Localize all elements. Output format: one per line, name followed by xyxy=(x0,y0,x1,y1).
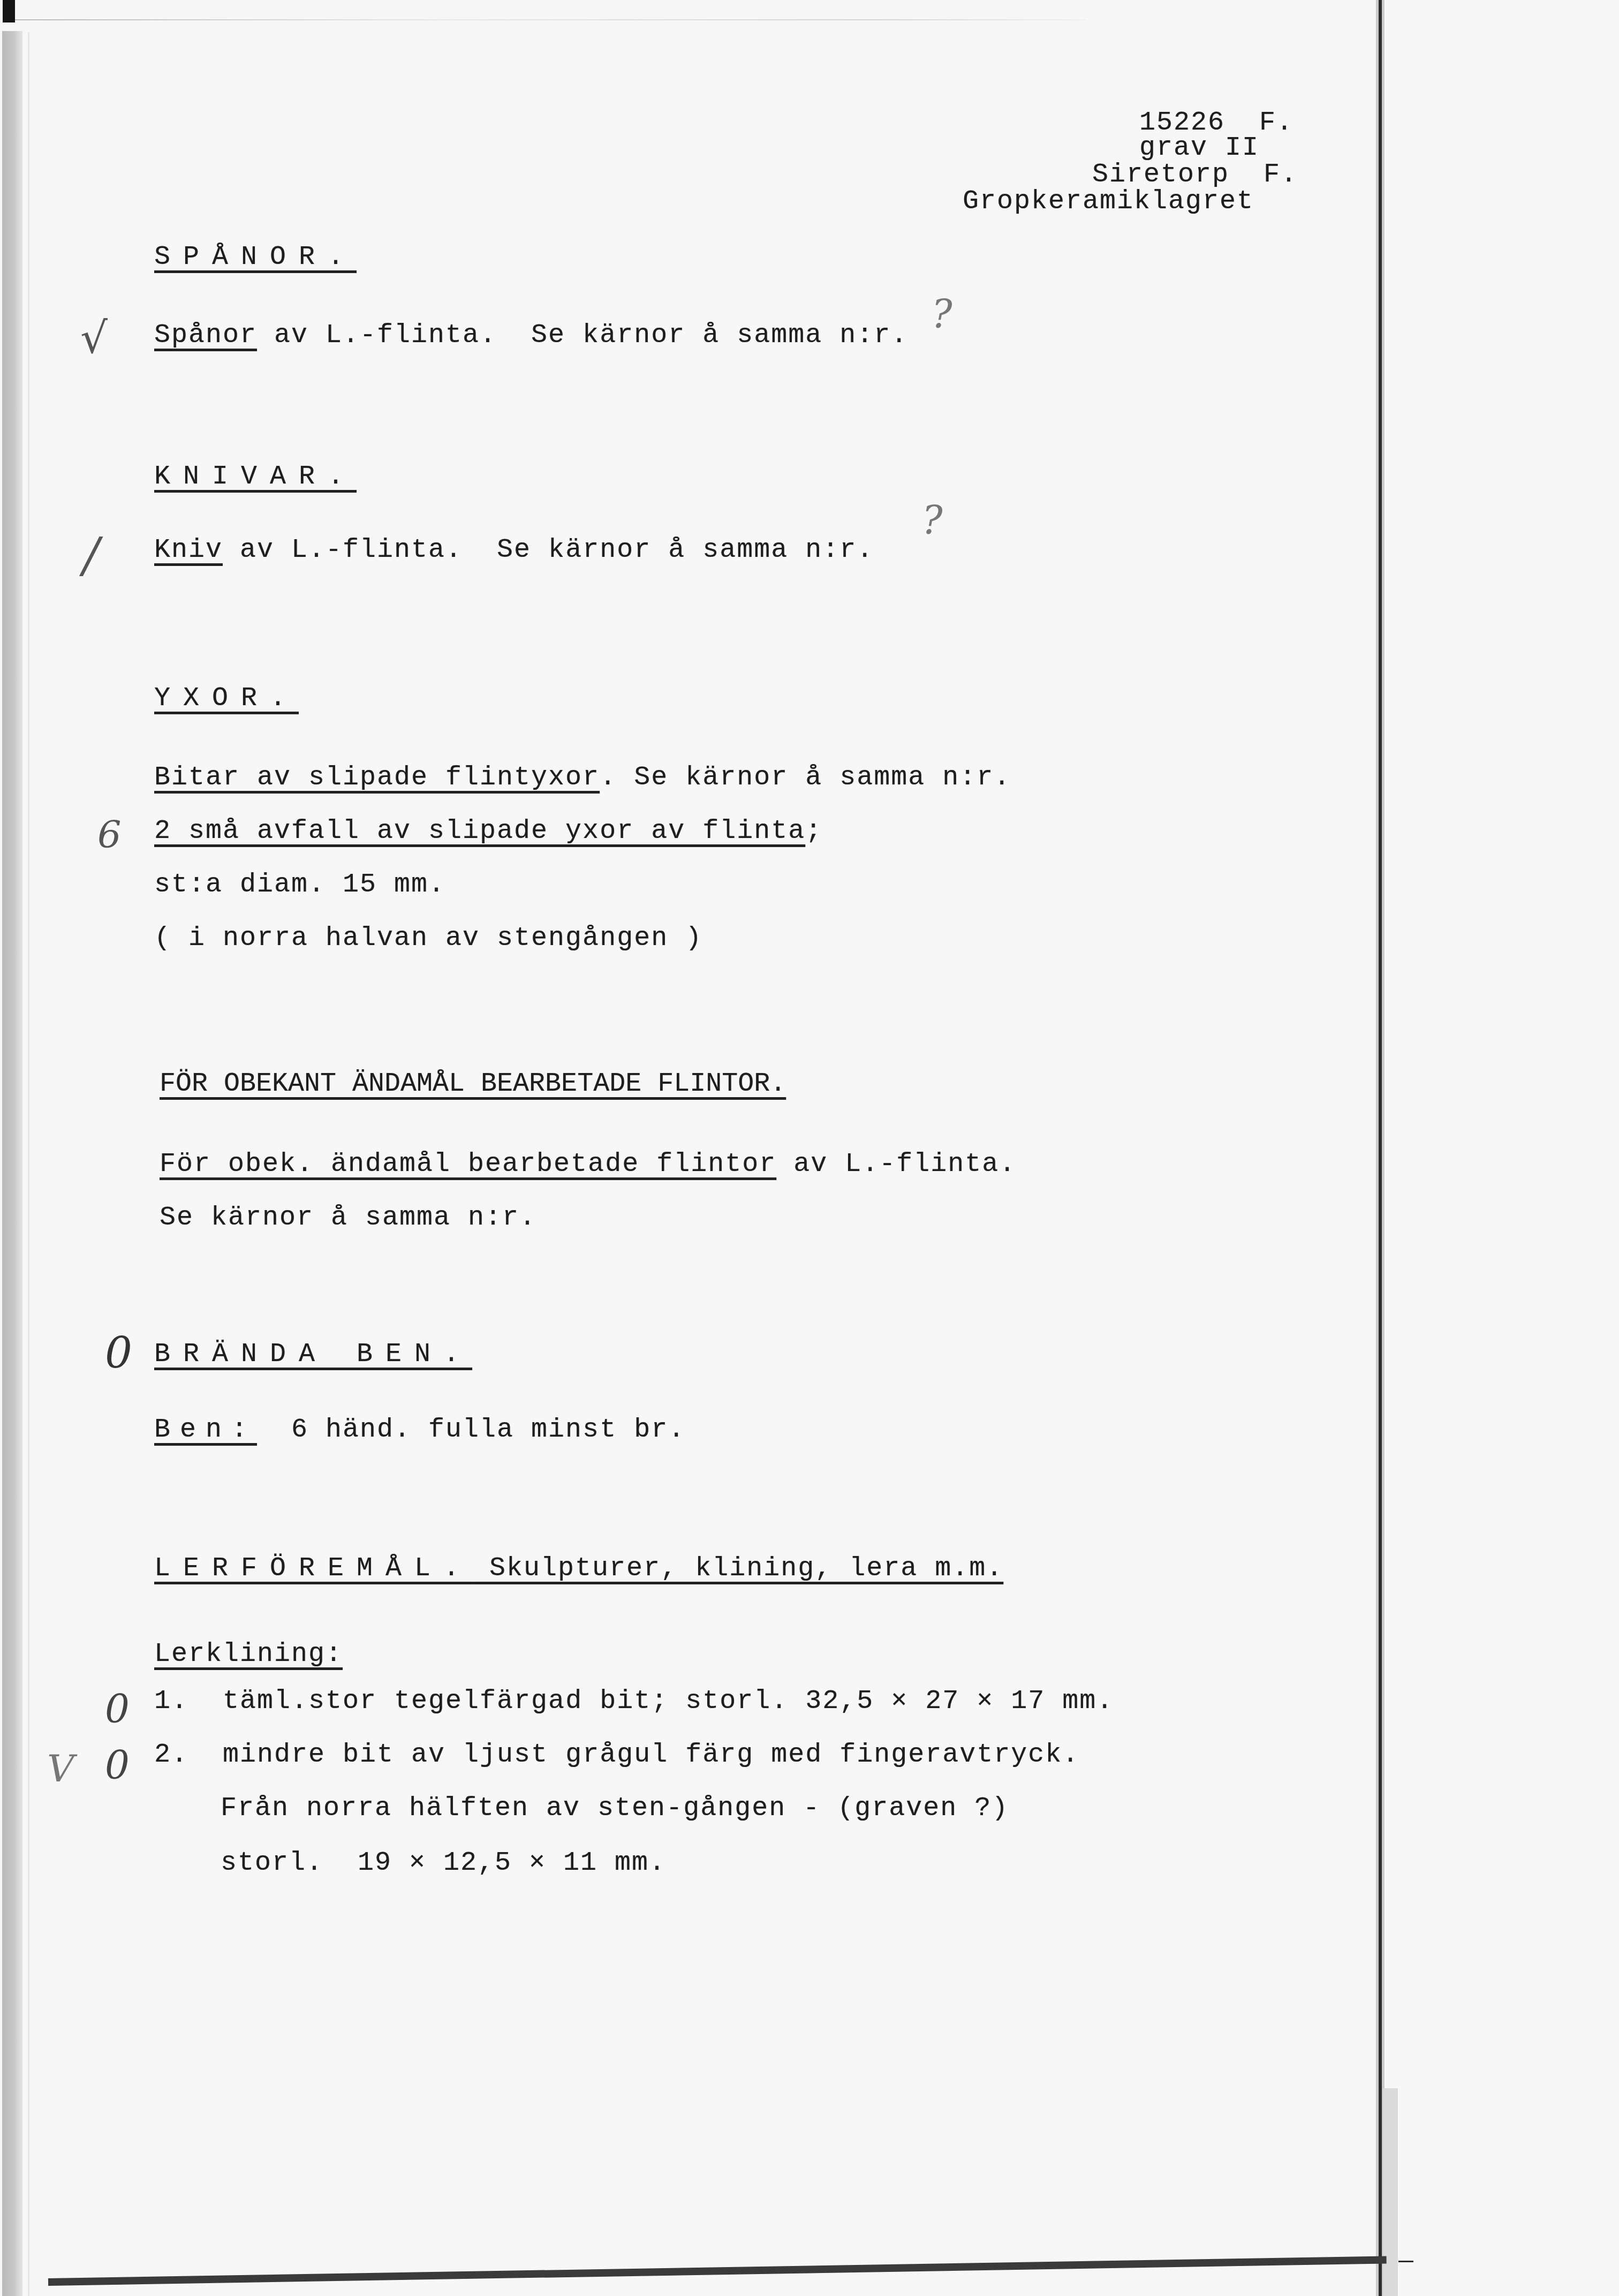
layer-name: Gropkeramiklagret xyxy=(963,188,1254,215)
section-heading: FÖR OBEKANT ÄNDAMÅL BEARBETADE FLINTOR. xyxy=(160,1071,786,1098)
list-item: 1. täml.stor tegelfärgad bit; storl. 32,… xyxy=(154,1688,1114,1715)
six-mark-icon: 6 xyxy=(97,813,122,857)
scan-corner-block xyxy=(3,0,15,22)
question-mark-icon: ? xyxy=(922,498,943,543)
item-text: mindre bit av ljust grågul färg med fing… xyxy=(223,1740,1079,1770)
section-heading: KNIVAR. xyxy=(154,464,357,490)
section-heading: BRÄNDA BEN. xyxy=(154,1341,472,1368)
subheading: Lerklining: xyxy=(154,1641,343,1668)
check-v-icon: V xyxy=(47,1747,74,1791)
item-term: Ben: xyxy=(154,1415,257,1445)
question-mark-icon: ? xyxy=(932,292,952,337)
section-text: ( i norra halvan av stengången ) xyxy=(154,925,702,952)
item-description: 6 händ. fulla minst br. xyxy=(257,1415,685,1445)
item-term: Kniv xyxy=(154,535,223,565)
item-description: av L.-flinta. Se kärnor å samma n:r. xyxy=(257,320,908,351)
site-name: Siretorp F. xyxy=(1092,162,1298,188)
item-description: av L.-flinta. Se kärnor å samma n:r. xyxy=(223,535,874,565)
scan-left-shadow xyxy=(2,31,22,2296)
grave-label: grav II xyxy=(1139,135,1259,162)
page-right-strip xyxy=(1383,2088,1398,2296)
item-number: 1. xyxy=(154,1686,188,1717)
item-text: täml.stor tegelfärgad bit; storl. 32,5 ×… xyxy=(223,1686,1114,1717)
heading-rest: Skulpturer, klining, lera m.m. xyxy=(472,1553,1003,1584)
section-text: Se kärnor å samma n:r. xyxy=(160,1205,536,1232)
section-text: Kniv av L.-flinta. Se kärnor å samma n:r… xyxy=(154,537,874,564)
item-number: 2. xyxy=(154,1740,188,1770)
section-text: st:a diam. 15 mm. xyxy=(154,872,445,898)
section-heading: YXOR. xyxy=(154,685,299,712)
section-heading: SPÅNOR. xyxy=(154,244,357,271)
section-text: För obek. ändamål bearbetade flintor av … xyxy=(160,1151,1016,1178)
section-heading: LERFÖREMÅL. Skulpturer, klining, lera m.… xyxy=(154,1555,1003,1582)
item-punct: ; xyxy=(805,816,822,847)
circle-zero-icon: 0 xyxy=(105,1743,130,1788)
section-text: Bitar av slipade flintyxor. Se kärnor å … xyxy=(154,765,1011,791)
scan-left-edge xyxy=(28,32,29,2296)
list-item-continuation: storl. 19 × 12,5 × 11 mm. xyxy=(221,1850,666,1877)
item-term: 2 små avfall av slipade yxor av flinta xyxy=(154,816,805,847)
slash-mark-icon: / xyxy=(83,527,99,584)
circle-zero-icon: 0 xyxy=(105,1687,130,1732)
item-description: av L.-flinta. xyxy=(776,1149,1016,1180)
item-term: Bitar av slipade flintyxor xyxy=(154,762,600,793)
section-text: Spånor av L.-flinta. Se kärnor å samma n… xyxy=(154,322,908,349)
item-term: För obek. ändamål bearbetade flintor xyxy=(160,1149,776,1180)
circle-zero-icon: 0 xyxy=(105,1328,132,1378)
item-description: . Se kärnor å samma n:r. xyxy=(600,762,1011,793)
page-corner-tick xyxy=(1398,2261,1413,2262)
section-text: Ben: 6 händ. fulla minst br. xyxy=(154,1417,685,1444)
heading-spaced: LERFÖREMÅL. xyxy=(154,1553,472,1584)
list-item-continuation: Från norra hälften av sten-gången - (gra… xyxy=(221,1795,1009,1822)
list-item: 2. mindre bit av ljust grågul färg med f… xyxy=(154,1742,1079,1769)
page-right-edge xyxy=(1379,0,1382,2296)
check-mark-icon: √ xyxy=(80,313,108,363)
scan-top-edge xyxy=(15,19,1086,20)
item-term: Spånor xyxy=(154,320,257,351)
page-bottom-edge xyxy=(48,2256,1387,2286)
section-text: 2 små avfall av slipade yxor av flinta; xyxy=(154,818,822,845)
